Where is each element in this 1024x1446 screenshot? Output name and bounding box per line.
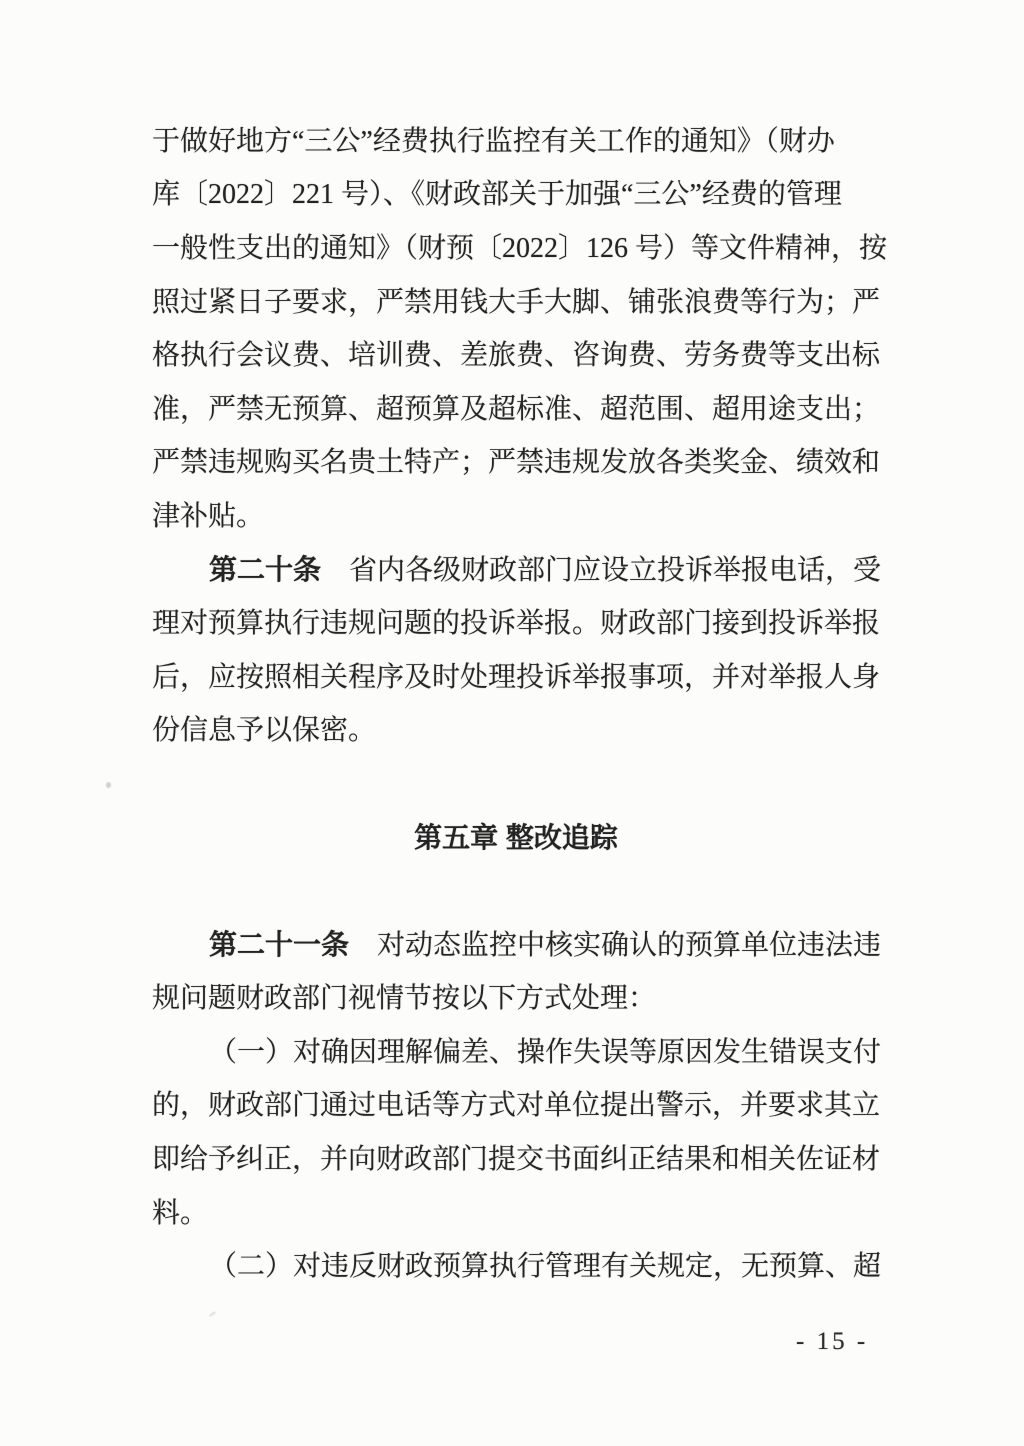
scan-speck [106,782,111,788]
text-line: 严禁违规购买名贵土特产；严禁违规发放各类奖金、绩效和 [152,434,880,488]
blank-line [152,862,880,916]
text-run: 一般性支出的通知》（财预〔2022〕126 号）等文件精神，按 [152,226,887,266]
bold-term: 第五章 整改追踪 [414,816,618,856]
text-line: 份信息予以保密。 [152,702,880,756]
text-run: （一）对确因理解偏差、操作失误等原因发生错误支付 [209,1030,881,1070]
text-run: 省内各级财政部门应设立投诉举报电话，受 [321,548,881,588]
text-run: 准，严禁无预算、超预算及超标准、超范围、超用途支出； [152,387,880,427]
text-line: 于做好地方“三公”经费执行监控有关工作的通知》（财办 [152,112,880,166]
page-number: - 15 - [796,1328,868,1356]
document-page: 于做好地方“三公”经费执行监控有关工作的通知》（财办库〔2022〕221 号）、… [0,0,1024,1446]
text-line: 津补贴。 [152,487,880,541]
text-run: 库〔2022〕221 号）、《财政部关于加强“三公”经费的管理 [152,172,842,212]
text-run: 规问题财政部门视情节按以下方式处理： [152,976,656,1016]
text-run: （二）对违反财政预算执行管理有关规定，无预算、超 [209,1244,881,1284]
text-line: 后，应按照相关程序及时处理投诉举报事项，并对举报人身 [152,648,880,702]
scan-speck [209,1311,216,1317]
text-line: （一）对确因理解偏差、操作失误等原因发生错误支付 [152,1023,880,1077]
bold-term: 第二十条 [209,548,321,588]
text-run: 的，财政部门通过电话等方式对单位提出警示，并要求其立 [152,1083,880,1123]
text-line: 库〔2022〕221 号）、《财政部关于加强“三公”经费的管理 [152,166,880,220]
text-line: 准，严禁无预算、超预算及超标准、超范围、超用途支出； [152,380,880,434]
text-line: 的，财政部门通过电话等方式对单位提出警示，并要求其立 [152,1077,880,1131]
text-run: 理对预算执行违规问题的投诉举报。财政部门接到投诉举报 [152,601,880,641]
text-line: 理对预算执行违规问题的投诉举报。财政部门接到投诉举报 [152,594,880,648]
blank-line [152,755,880,809]
text-line: （二）对违反财政预算执行管理有关规定，无预算、超 [152,1237,880,1291]
text-line: 料。 [152,1184,880,1238]
text-run: 照过紧日子要求，严禁用钱大手大脚、铺张浪费等行为；严 [152,280,880,320]
text-run: 津补贴。 [152,494,264,534]
text-line: 格执行会议费、培训费、差旅费、咨询费、劳务费等支出标 [152,326,880,380]
text-line: 第二十条 省内各级财政部门应设立投诉举报电话，受 [152,541,880,595]
text-line: 照过紧日子要求，严禁用钱大手大脚、铺张浪费等行为；严 [152,273,880,327]
text-run: 料。 [152,1191,208,1231]
text-line: 即给予纠正，并向财政部门提交书面纠正结果和相关佐证材 [152,1130,880,1184]
text-run: 即给予纠正，并向财政部门提交书面纠正结果和相关佐证材 [152,1137,880,1177]
text-run: 格执行会议费、培训费、差旅费、咨询费、劳务费等支出标 [152,333,880,373]
text-run: 对动态监控中核实确认的预算单位违法违 [349,923,881,963]
text-run: 严禁违规购买名贵土特产；严禁违规发放各类奖金、绩效和 [152,440,880,480]
bold-term: 第二十一条 [209,923,349,963]
text-run: 份信息予以保密。 [152,708,376,748]
text-run: 于做好地方“三公”经费执行监控有关工作的通知》（财办 [152,119,835,159]
text-run: 后，应按照相关程序及时处理投诉举报事项，并对举报人身 [152,655,880,695]
chapter-heading: 第五章 整改追踪 [152,809,880,863]
text-line: 第二十一条 对动态监控中核实确认的预算单位违法违 [152,916,880,970]
document-body: 于做好地方“三公”经费执行监控有关工作的通知》（财办库〔2022〕221 号）、… [152,112,880,1291]
text-line: 一般性支出的通知》（财预〔2022〕126 号）等文件精神，按 [152,219,880,273]
text-line: 规问题财政部门视情节按以下方式处理： [152,970,880,1024]
